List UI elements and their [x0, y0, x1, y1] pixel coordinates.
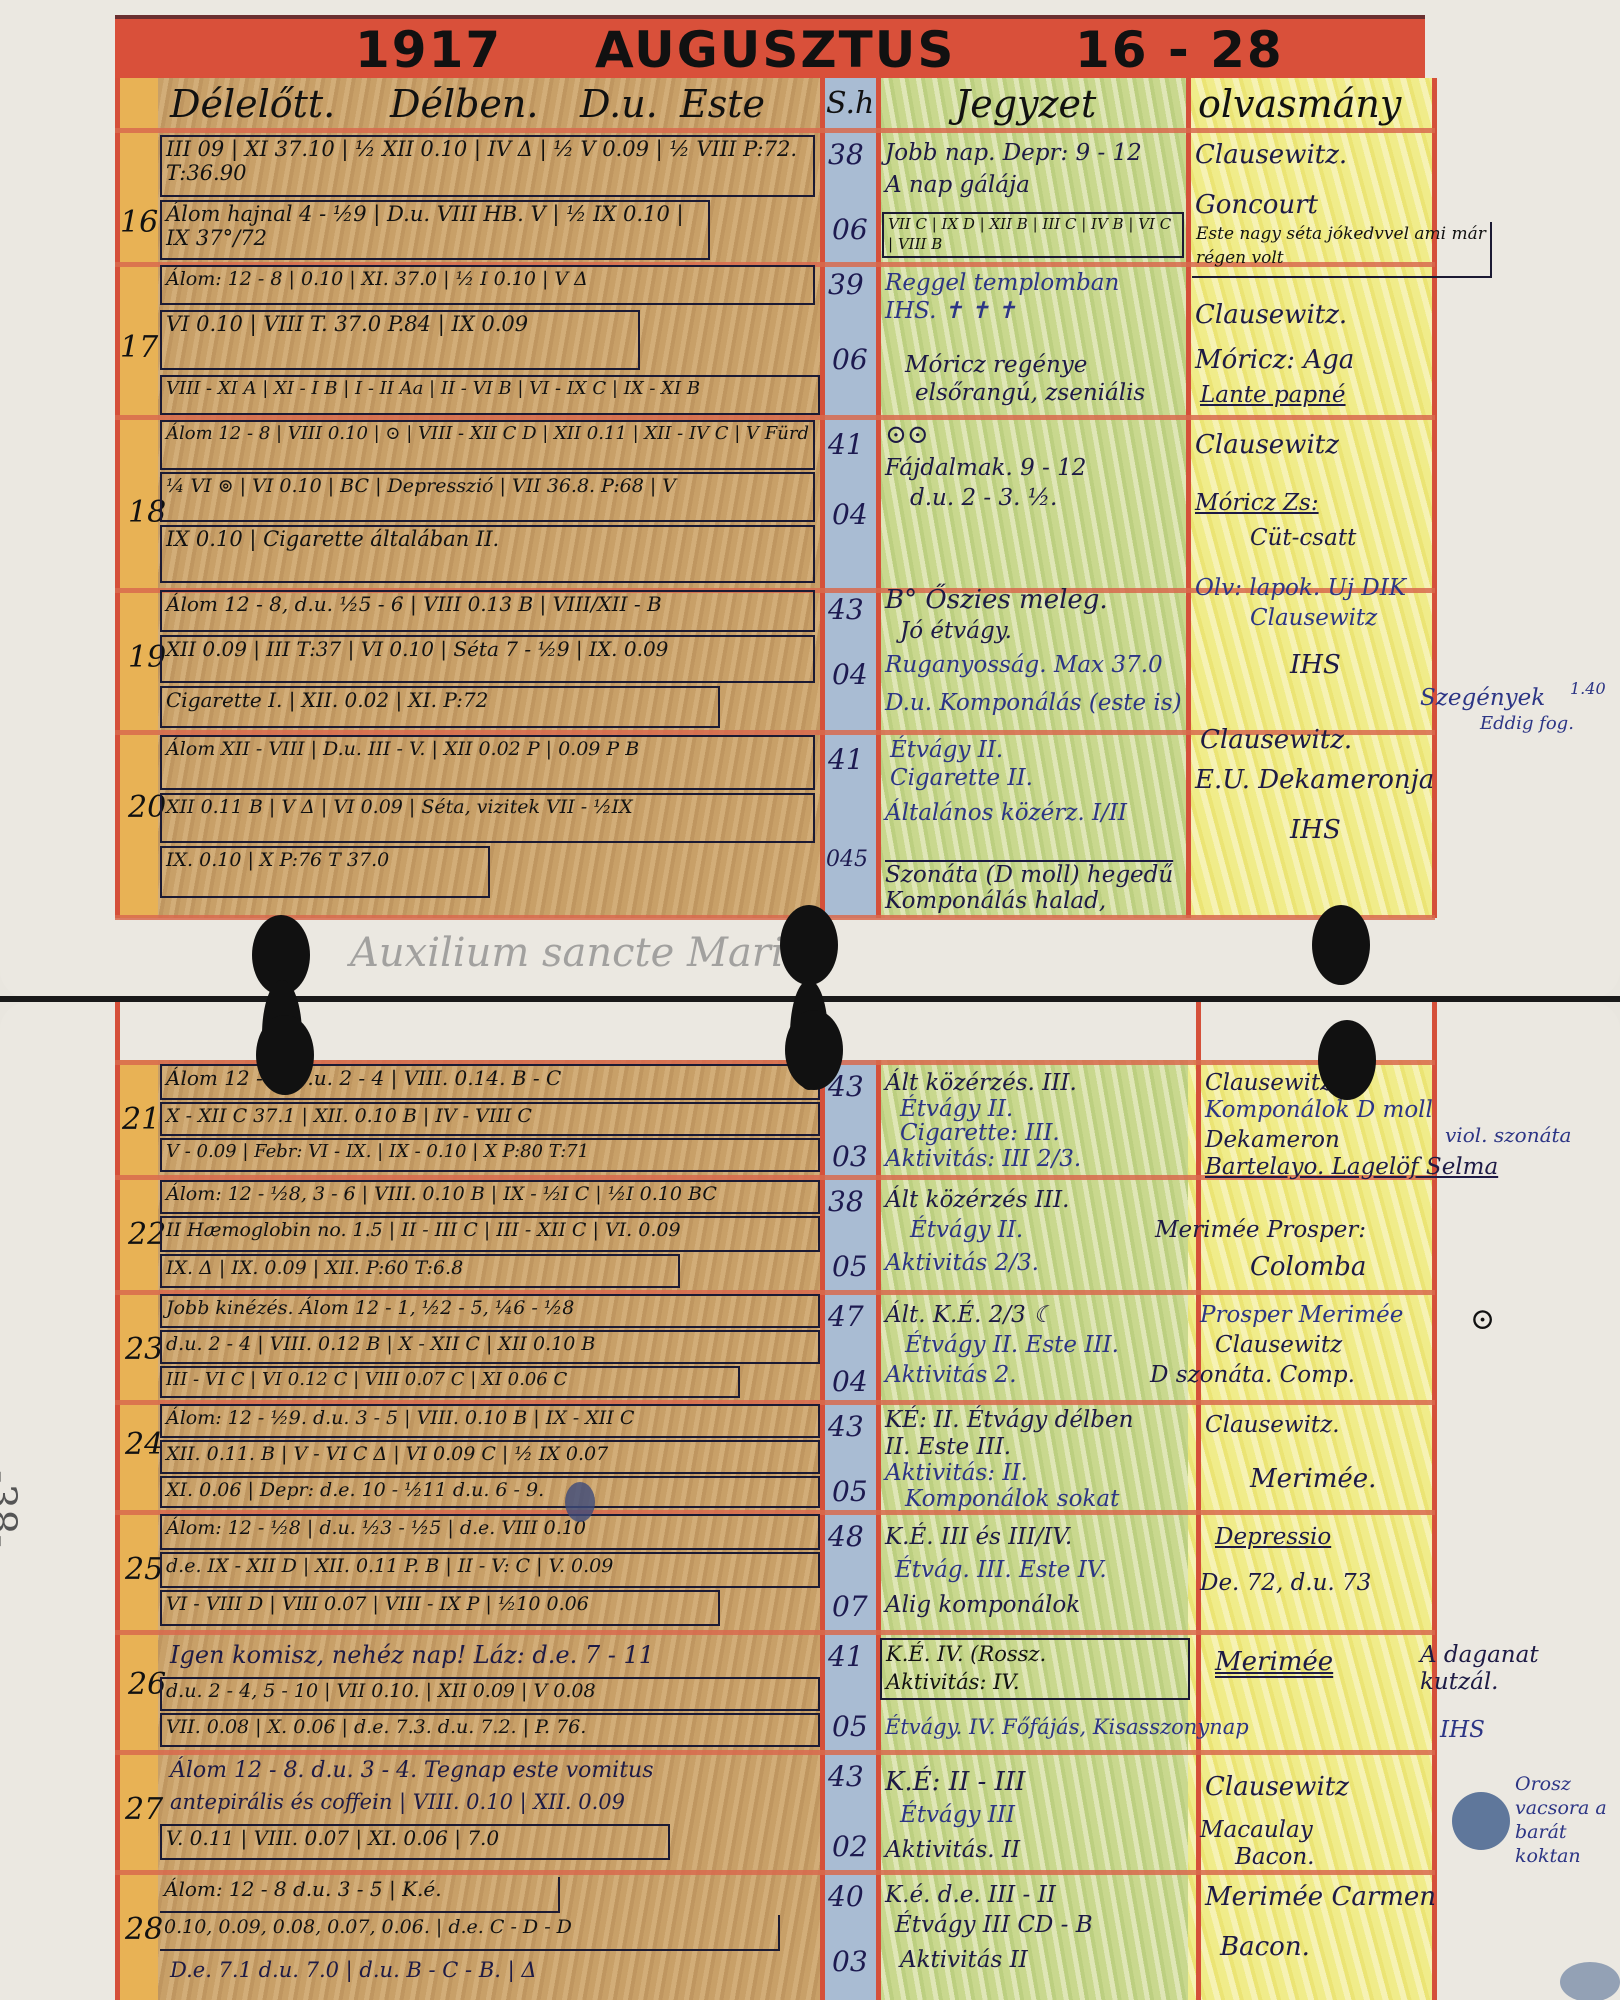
day-number: 27 — [125, 1792, 163, 1827]
diary-entry: 0.10, 0.09, 0.08, 0.07, 0.06. | d.e. C -… — [160, 1915, 780, 1951]
day-number: 25 — [125, 1552, 163, 1587]
note-line: Aktivitás: II. — [885, 1460, 1028, 1487]
reading-entry: Clausewitz. — [1195, 300, 1347, 330]
margin-note: A daganat kutzál. — [1420, 1642, 1610, 1696]
note-line: Aktivitás: III 2/3. — [885, 1146, 1081, 1173]
note-line: d.u. 2 - 3. ½. — [910, 485, 1057, 512]
header-delelott: Délelőtt. — [170, 76, 335, 132]
note-line: Aktivitás II — [900, 1947, 1028, 1974]
diary-entry: D.e. 7.1 d.u. 7.0 | d.u. B - C - B. | Δ — [170, 1957, 537, 1984]
sh-top: 43 — [828, 1412, 864, 1442]
reading-entry: De. 72, d.u. 73 — [1200, 1570, 1371, 1597]
reading-entry: Colomba — [1250, 1252, 1366, 1282]
pencil-inscription: Auxilium sancte Maria! — [350, 930, 824, 976]
diary-entry: VI 0.10 | VIII T. 37.0 P.84 | IX 0.09 — [160, 310, 640, 370]
title-range: 16 - 28 — [1075, 21, 1284, 79]
sh-top: 39 — [828, 270, 864, 300]
note-line: Étvágy II. — [900, 1096, 1013, 1123]
note-line: Étvágy II. — [910, 1217, 1023, 1244]
diary-entry: d.u. 2 - 4, 5 - 10 | VII 0.10. | XII 0.0… — [160, 1677, 820, 1711]
note-line: Étvágy III — [900, 1802, 1015, 1829]
title-month: AUGUSZTUS — [595, 21, 955, 79]
diary-entry: Álom: 12 - ½8, 3 - 6 | VIII. 0.10 B | IX… — [160, 1180, 820, 1214]
ihs-monogram: IHS — [1290, 815, 1341, 845]
sh-bottom: 04 — [832, 500, 868, 530]
diary-entry: XII 0.11 B | V Δ | VI 0.09 | Séta, vizit… — [160, 793, 815, 843]
grid-line — [115, 1750, 1435, 1755]
diary-entry: IX. Δ | IX. 0.09 | XII. P:60 T:6.8 — [160, 1254, 680, 1288]
grid-line — [876, 1060, 881, 2000]
note-line: Étvágy II. — [890, 737, 1003, 764]
diary-card-top: 1917 AUGUSZTUS 16 - 28 Délelőtt. Délben.… — [0, 0, 1620, 998]
day-number: 24 — [125, 1427, 163, 1462]
grid-line — [1196, 1002, 1201, 2000]
reading-entry: Bacon. — [1220, 1932, 1310, 1962]
note-line: Ált közérzés. III. — [885, 1070, 1077, 1097]
note-line: Jobb nap. Depr: 9 - 12 — [885, 140, 1142, 167]
reading-entry: Clausewitz — [1195, 430, 1339, 460]
binder-hole — [256, 1015, 314, 1095]
sh-top: 41 — [828, 745, 864, 775]
sh-top: 41 — [828, 430, 864, 460]
reading-entry: Bartelayo. Lagelöf Selma — [1205, 1154, 1498, 1181]
diary-entry: V - 0.09 | Febr: VI - IX. | IX - 0.10 | … — [160, 1138, 820, 1172]
note-line: Szonáta (D moll) hegedű — [885, 862, 1173, 889]
reading-entry: Clausewitz. — [1200, 725, 1352, 755]
sh-bottom: 04 — [832, 660, 868, 690]
ink-blot — [565, 1482, 595, 1522]
diary-entry: ¼ VI ⊚ | VI 0.10 | BC | Depresszió | VII… — [160, 472, 815, 522]
diary-entry: IX 0.10 | Cigarette általában II. — [160, 525, 815, 583]
diary-entry: Álom 12 - 8, d.u. ½5 - 6 | VIII 0.13 B |… — [160, 590, 815, 632]
reading-entry: Bacon. — [1235, 1844, 1314, 1871]
grid-line — [115, 1002, 120, 2000]
note-line: Aktivitás 2/3. — [885, 1250, 1039, 1277]
diary-entry: Álom 12 - 8. d.u. 3 - 4. Tegnap este vom… — [170, 1757, 654, 1784]
sh-bottom: 02 — [832, 1832, 868, 1862]
diary-entry: Cigarette I. | XII. 0.02 | XI. P:72 — [160, 686, 720, 728]
reading-entry: Merimée Carmen — [1205, 1882, 1436, 1912]
margin-note: Eddig fog. — [1480, 710, 1574, 737]
note-line: Alig komponálok — [885, 1592, 1080, 1619]
grid-line — [820, 1060, 825, 2000]
note-box: K.É. IV. (Rossz. Aktivitás: IV. — [880, 1638, 1190, 1700]
binder-hole — [785, 1010, 843, 1090]
margin-note: viol. szonáta — [1445, 1122, 1571, 1149]
header-delben: Délben. — [390, 76, 538, 132]
mood-table: VII C | IX D | XII B | III C | IV B | VI… — [882, 212, 1184, 258]
note-line: Móricz regénye — [905, 352, 1087, 379]
note-line: Étvág. III. Este IV. — [895, 1557, 1107, 1584]
note-line: Étvágy III CD - B — [895, 1912, 1093, 1939]
sh-bottom: 04 — [832, 1367, 868, 1397]
margin-note: Orosz vacsora a barát koktan — [1515, 1772, 1615, 1868]
binder-hole — [1312, 905, 1370, 985]
margin-note: 1.40 — [1570, 675, 1606, 702]
page-number: -38- — [0, 1470, 24, 1548]
title-year: 1917 — [355, 21, 502, 79]
ink-stain — [1560, 1962, 1620, 2000]
note-line: Komponálás halad, — [885, 888, 1106, 915]
sh-bottom: 06 — [832, 345, 868, 375]
note-line: Fájdalmak. 9 - 12 — [885, 455, 1086, 482]
reading-entry: Móricz Zs: — [1195, 490, 1319, 517]
header-este: Este — [680, 76, 765, 132]
header-sh: S.h — [826, 76, 874, 132]
sh-bottom: 05 — [832, 1712, 868, 1742]
reading-entry: E.U. Dekameronja — [1195, 765, 1434, 795]
note-line: K.É: II - III — [885, 1767, 1025, 1797]
reading-entry: Cüt-csatt — [1250, 525, 1356, 552]
sh-top: 40 — [828, 1882, 864, 1912]
diary-entry: Álom 12 - 8 | VIII 0.10 | ⊙ | VIII - XII… — [160, 420, 815, 470]
diary-entry: IX. 0.10 | X P:76 T 37.0 — [160, 846, 490, 898]
reading-entry: Depressio — [1215, 1524, 1331, 1551]
note-line: Cigarette II. — [890, 765, 1033, 792]
diary-entry: XI. 0.06 | Depr: d.e. 10 - ½11 d.u. 6 - … — [160, 1476, 820, 1508]
reading-entry: Prosper Merimée — [1200, 1302, 1403, 1329]
diary-card-bottom: 21 43 03 Álom 12 - 8, d.u. 2 - 4 | VIII.… — [0, 1002, 1620, 2000]
note-line: A nap gálája — [885, 172, 1030, 199]
day-number: 16 — [120, 205, 158, 240]
reading-entry: Lante papné — [1200, 382, 1346, 409]
reading-entry: Clausewitz — [1250, 605, 1377, 632]
note-line: Reggel templomban — [885, 270, 1119, 297]
diary-entry: Álom XII - VIII | D.u. III - V. | XII 0.… — [160, 735, 815, 790]
sh-bottom: 045 — [826, 845, 868, 875]
diary-entry: XII 0.09 | III T:37 | VI 0.10 | Séta 7 -… — [160, 635, 815, 683]
sh-bottom: 06 — [832, 215, 868, 245]
sh-bottom: 05 — [832, 1252, 868, 1282]
note-line: Étvágy II. Este III. — [905, 1332, 1119, 1359]
sh-top: 48 — [828, 1522, 864, 1552]
sh-top: 47 — [828, 1302, 864, 1332]
reading-entry: Merimée Prosper: — [1155, 1217, 1366, 1244]
header-notes: Jegyzet — [955, 76, 1096, 132]
binder-hole — [780, 905, 838, 985]
note-line: Aktivitás 2. — [885, 1362, 1017, 1389]
diary-entry: II Hæmoglobin no. 1.5 | II - III C | III… — [160, 1216, 820, 1252]
note-line: II. Este III. — [885, 1434, 1011, 1461]
diary-entry: V. 0.11 | VIII. 0.07 | XI. 0.06 | 7.0 — [160, 1824, 670, 1860]
note-line: D.u. Komponálás (este is) — [885, 690, 1182, 717]
note-line: Komponálok sokat — [905, 1486, 1119, 1513]
diary-entry: VI - VIII D | VIII 0.07 | VIII - IX P | … — [160, 1590, 720, 1626]
ink-seal-icon — [1452, 1792, 1510, 1850]
note-line: B° Őszies meleg. — [885, 585, 1108, 615]
note-line: Ruganyosság. Max 37.0 — [885, 652, 1163, 679]
note-line: K.É. IV. (Rossz. — [886, 1642, 1046, 1666]
reading-entry: Macaulay — [1200, 1817, 1313, 1844]
sun-symbol-icon: ⊙ — [1470, 1302, 1495, 1337]
reading-entry: Komponálok D moll — [1205, 1097, 1433, 1124]
margin-note: Szegények — [1420, 685, 1545, 712]
day-number: 28 — [125, 1912, 163, 1947]
diary-entry: Álom: 12 - 8 | 0.10 | XI. 37.0 | ½ I 0.1… — [160, 265, 815, 305]
reading-entry: Merimée — [1215, 1647, 1333, 1677]
reading-entry: Clausewitz — [1215, 1332, 1342, 1359]
diary-entry: XII. 0.11. B | V - VI C Δ | VI 0.09 C | … — [160, 1440, 820, 1474]
note-line: Ált közérzés III. — [885, 1187, 1069, 1214]
day-number: 21 — [122, 1102, 160, 1137]
diary-entry: VIII - XI A | XI - I B | I - II Aa | II … — [160, 375, 820, 415]
diary-entry: Álom: 12 - ½9. d.u. 3 - 5 | VIII. 0.10 B… — [160, 1404, 820, 1438]
grid-line — [1432, 1002, 1437, 2000]
grid-line — [115, 915, 1435, 920]
note-line: Aktivitás. II — [885, 1837, 1020, 1864]
note-line: K.É. III és III/IV. — [885, 1524, 1072, 1551]
diary-entry: III 09 | XI 37.10 | ½ XII 0.10 | IV Δ | … — [160, 135, 815, 197]
header-reading: olvasmány — [1198, 76, 1401, 132]
sh-top: 41 — [828, 1642, 864, 1672]
day-column — [118, 1060, 158, 2000]
diary-entry: d.u. 2 - 4 | VIII. 0.12 B | X - XII C | … — [160, 1330, 820, 1364]
diary-entry: Álom hajnal 4 - ½9 | D.u. VIII HB. V | ½… — [160, 200, 710, 260]
note-line: Ált. K.É. 2/3 ☾ — [885, 1302, 1054, 1329]
grid-line — [1186, 78, 1191, 918]
sh-bottom: 03 — [832, 1142, 868, 1172]
diary-entry: Igen komisz, nehéz nap! Láz: d.e. 7 - 11 — [170, 1642, 654, 1669]
grid-line — [115, 1630, 1435, 1635]
diary-entry: antepirális és coffein | VIII. 0.10 | XI… — [170, 1789, 625, 1816]
day-number: 17 — [120, 330, 158, 365]
sh-top: 38 — [828, 140, 864, 170]
note-line: K.é. d.e. III - II — [885, 1882, 1056, 1909]
note-line: Aktivitás: IV. — [886, 1670, 1020, 1694]
reading-note: Este nagy séta jókedvvel ami már régen v… — [1192, 222, 1492, 278]
reading-entry: Móricz: Aga — [1195, 345, 1354, 375]
reading-entry: Clausewitz — [1205, 1070, 1332, 1097]
note-line: Cigarette: III. — [900, 1120, 1060, 1147]
note-line: elsőrangú, zseniális — [915, 380, 1145, 407]
reading-entry: Olv: lapok. Uj DIK — [1195, 575, 1406, 602]
sh-top: 38 — [828, 1187, 864, 1217]
diary-entry: d.e. IX - XII D | XII. 0.11 P. B | II - … — [160, 1552, 820, 1588]
sh-bottom: 05 — [832, 1477, 868, 1507]
reading-entry: Clausewitz. — [1195, 140, 1347, 170]
note-line: Jó étvágy. — [900, 618, 1012, 645]
reading-entry: Merimée. — [1250, 1464, 1376, 1494]
diary-entry: Jobb kinézés. Álom 12 - 1, ½2 - 5, ¼6 - … — [160, 1294, 820, 1328]
sh-bottom: 07 — [832, 1592, 868, 1622]
note-line: KÉ: II. Étvágy délben — [885, 1407, 1133, 1434]
reading-entry: Dekameron — [1205, 1127, 1340, 1154]
header-du: D.u. — [580, 76, 658, 132]
grid-line — [115, 78, 120, 918]
note-line: Étvágy. IV. Főfájás, Kisasszonynap — [885, 1714, 1249, 1741]
sh-top: 43 — [828, 1762, 864, 1792]
diary-entry: X - XII C 37.1 | XII. 0.10 B | IV - VIII… — [160, 1102, 820, 1136]
sh-bottom: 03 — [832, 1947, 868, 1977]
diary-entry: Álom: 12 - ½8 | d.u. ½3 - ½5 | d.e. VIII… — [160, 1514, 820, 1550]
reading-entry: D szonáta. Comp. — [1150, 1362, 1355, 1389]
diary-entry: III - VI C | VI 0.12 C | VIII 0.07 C | X… — [160, 1366, 740, 1398]
note-line: IHS. ✝ ✝ ✝ — [885, 298, 1016, 325]
reading-entry: Clausewitz. — [1205, 1412, 1340, 1439]
reading-entry: Goncourt — [1195, 190, 1318, 220]
note-line: Általános közérz. I/II — [885, 800, 1127, 827]
reading-entry: Clausewitz — [1205, 1772, 1349, 1802]
grid-line — [820, 78, 825, 918]
diary-entry: Álom: 12 - 8 d.u. 3 - 5 | K.é. — [160, 1877, 560, 1913]
ihs-monogram: IHS — [1290, 650, 1341, 680]
sh-top: 43 — [828, 595, 864, 625]
day-number: 23 — [125, 1332, 163, 1367]
note-line: ⊙⊙ — [885, 420, 929, 450]
binder-hole — [1318, 1020, 1376, 1100]
ihs-monogram: IHS — [1440, 1717, 1485, 1744]
grid-line — [876, 78, 881, 918]
diary-entry: VII. 0.08 | X. 0.06 | d.e. 7.3. d.u. 7.2… — [160, 1713, 820, 1747]
